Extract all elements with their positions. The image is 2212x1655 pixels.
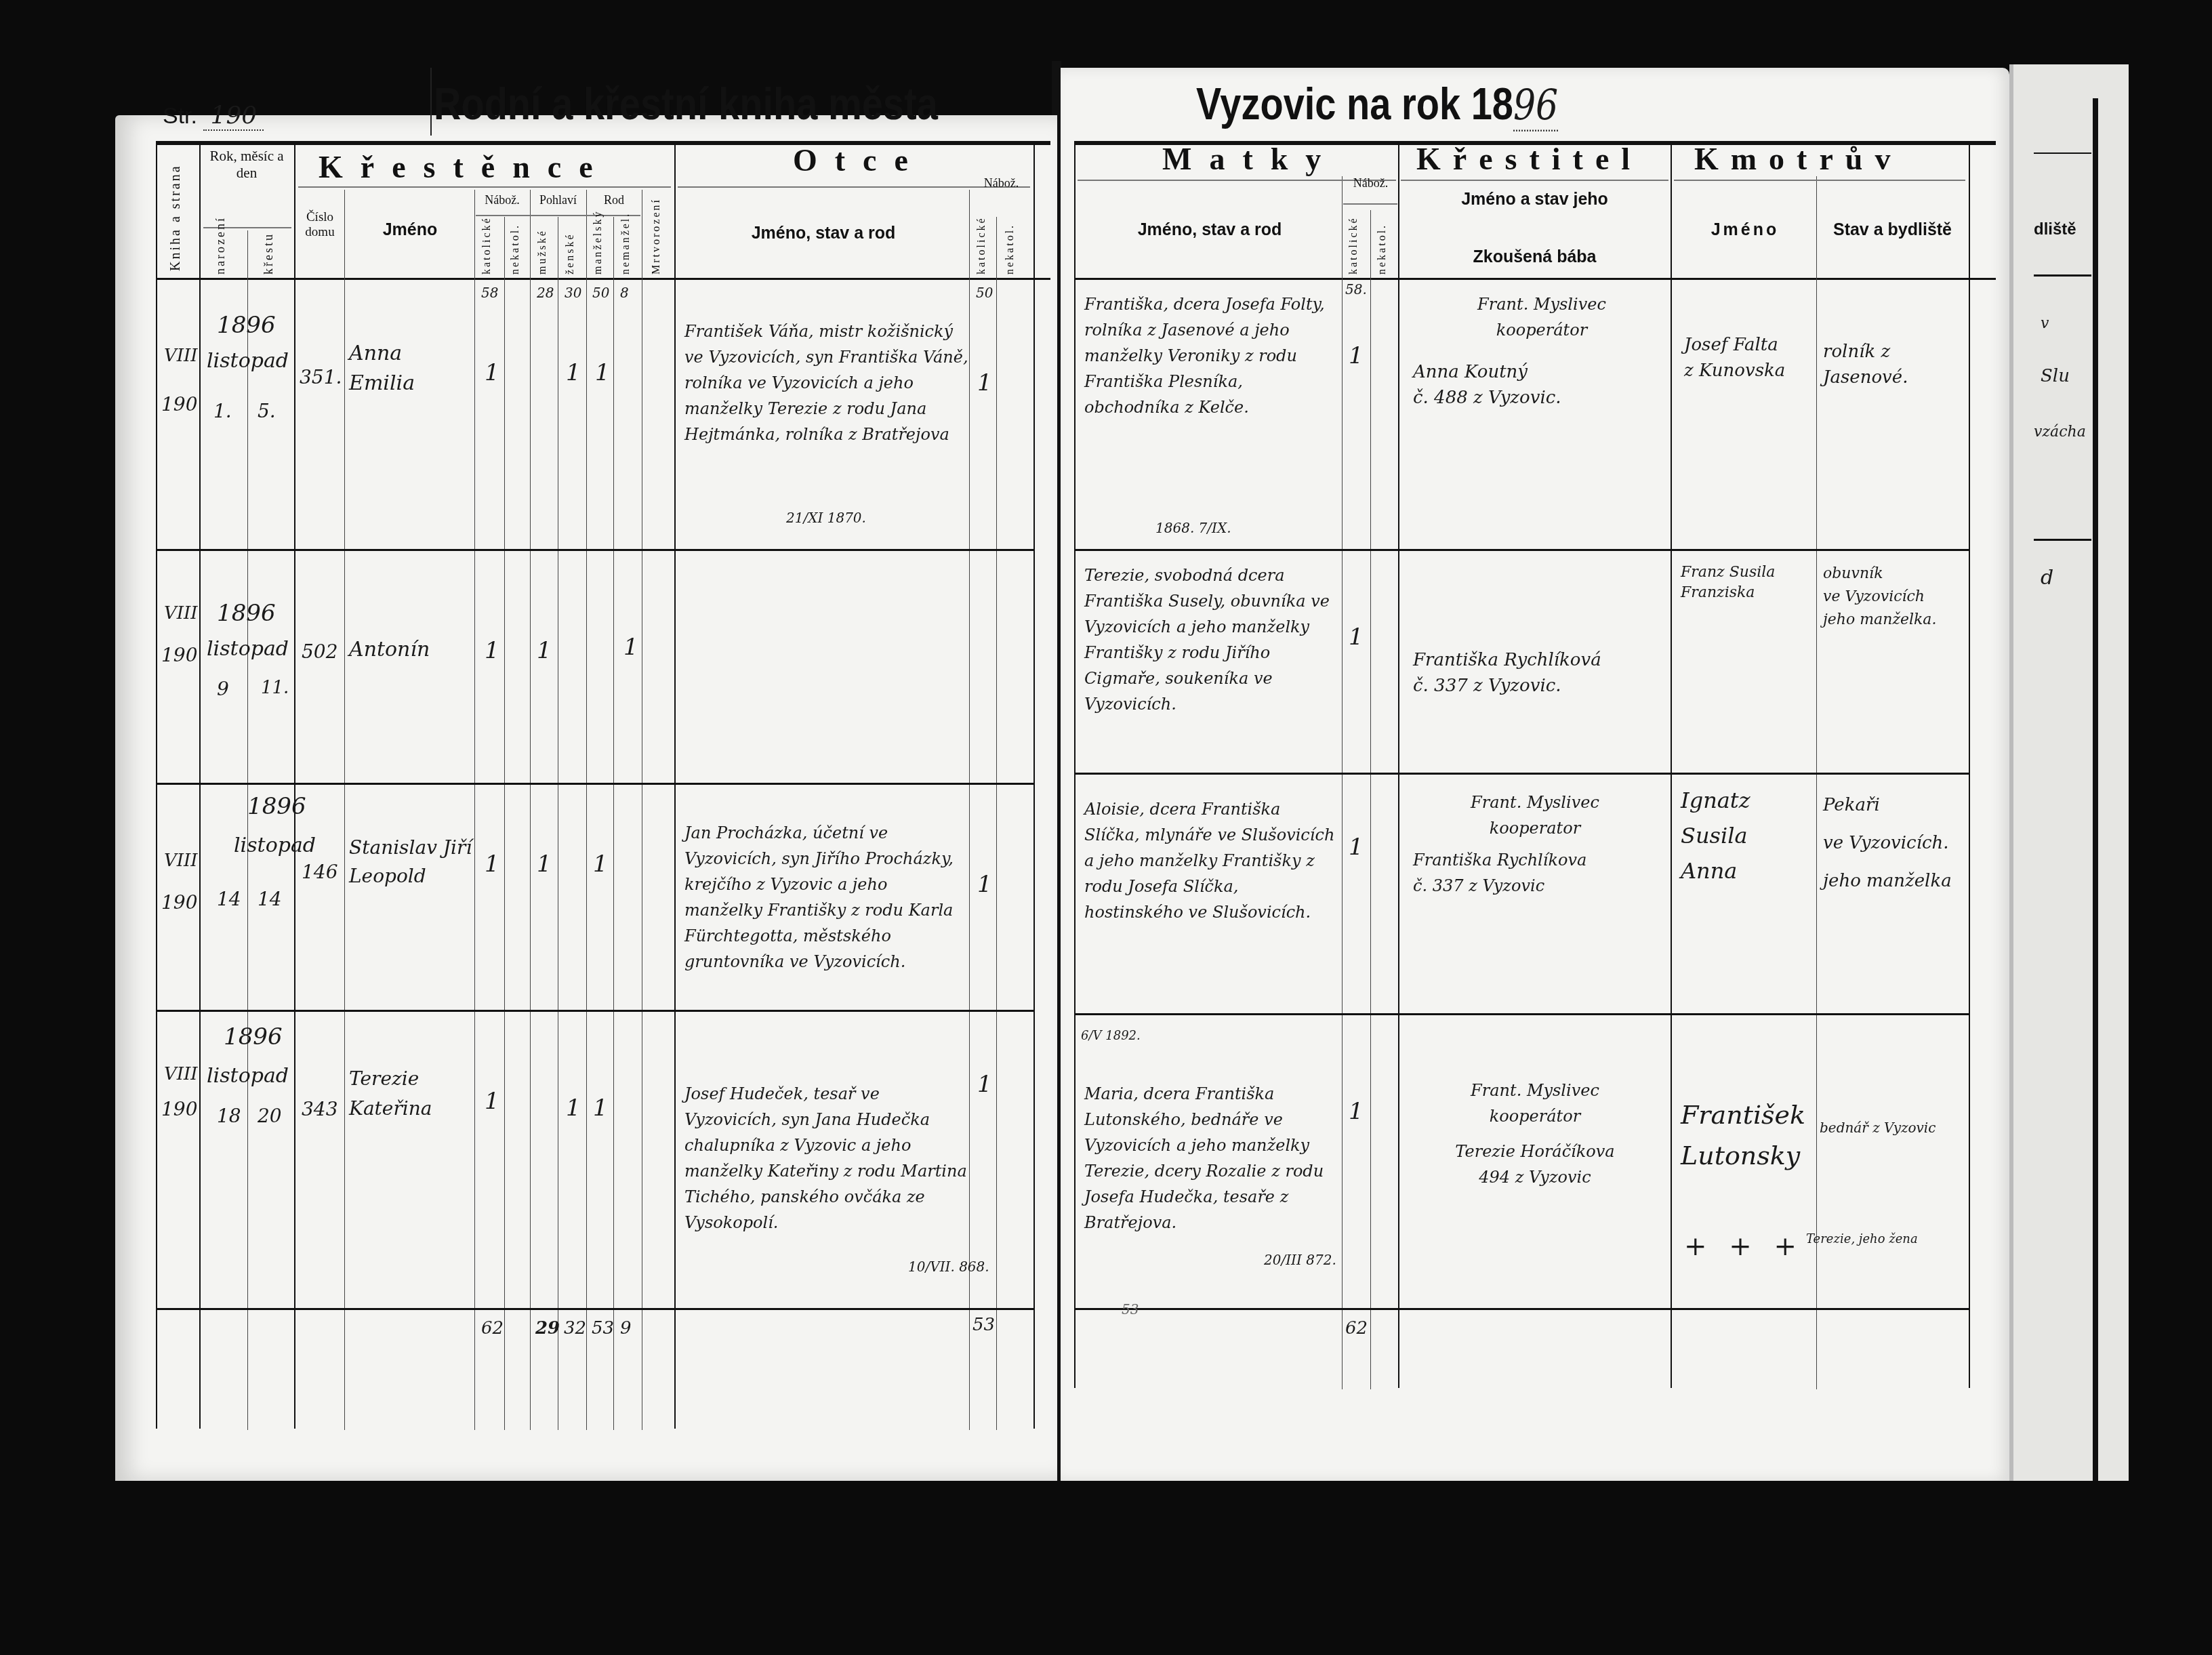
mother-info: Aloisie, dcera Františka Slíčka, mlynáře…: [1084, 796, 1338, 925]
handwritten-value: 1: [485, 359, 499, 386]
cross-marks: + + +: [1684, 1233, 1803, 1259]
col-cislo-domu: Číslo domu: [297, 210, 343, 240]
carry-muzske: 28: [537, 285, 554, 301]
handwritten-value: 6/V 1892.: [1081, 1023, 1141, 1049]
ruling-line: [2034, 274, 2091, 277]
handwritten-value: listopad: [207, 349, 289, 373]
col-matky-naboz: Nábož.: [1342, 176, 1399, 190]
handwritten-value: 14: [217, 888, 241, 910]
ruling-line: [996, 217, 997, 1430]
handwritten-value: 1896: [224, 1023, 283, 1050]
handwritten-value: Terezie, jeho žena: [1806, 1227, 1918, 1252]
ruling-line: [2034, 152, 2091, 154]
handwritten-value: 1868. 7/IX.: [1155, 515, 1231, 541]
handwritten-value: 9: [217, 678, 229, 700]
col-nemanzel: nemanžel.: [620, 220, 632, 274]
handwritten-value: 1: [485, 1088, 499, 1115]
carry-otce: 53: [1122, 1301, 1139, 1317]
handwritten-value: 1: [485, 851, 499, 878]
page-number-label: Str. 190: [163, 102, 264, 129]
ruling-line: [1343, 203, 1397, 205]
ruling-line: [613, 217, 614, 1430]
handwritten-value: 1: [593, 1095, 608, 1122]
handwritten-value: dliště: [2034, 220, 2076, 239]
baptizer: Frant. Myslivec kooperátor: [1420, 291, 1664, 343]
handwritten-value: 1: [1349, 834, 1364, 861]
ruling-line: [1074, 1308, 1969, 1310]
col-muzske: mužské: [537, 220, 549, 274]
handwritten-value: Terezie Kateřina: [349, 1064, 471, 1124]
godparent-name: František Lutonsky: [1681, 1095, 1816, 1176]
handwritten-value: listopad: [207, 637, 289, 661]
handwritten-value: 21/XI 1870.: [786, 505, 866, 531]
ruling-line: [1398, 141, 1399, 1388]
col-matky-jmeno: Jméno, stav a rod: [1078, 220, 1342, 240]
godparent-status: Pekaři ve Vyzovicích. jeho manželka: [1823, 786, 1965, 900]
col-otce-katolicke: katolické: [976, 220, 988, 274]
handwritten-value: 190: [161, 891, 197, 914]
section-otce: Otce: [793, 142, 926, 178]
godparent-name: Ignatz Susila Anna: [1681, 783, 1813, 888]
carry-zenske: 30: [565, 285, 581, 301]
handwritten-value: 190: [161, 644, 197, 666]
col-mrtvorozeni: Mrtvorození: [651, 183, 663, 274]
carry-katolicke: 58: [481, 285, 498, 301]
handwritten-value: 20: [258, 1105, 282, 1127]
carry-otce-katolicke: 50: [976, 285, 993, 301]
handwritten-value: 9: [620, 1318, 632, 1339]
handwritten-value: 1: [977, 871, 992, 898]
handwritten-value: v: [2041, 315, 2049, 332]
handwritten-value: 1: [537, 637, 552, 664]
godparent-status: rolník z Jasenové.: [1823, 339, 1965, 390]
page-number: 190: [203, 102, 264, 131]
godparent-name: Josef Falta z Kunovska: [1684, 332, 1813, 384]
handwritten-value: 1896: [217, 312, 276, 339]
ruling-line: [156, 783, 1033, 785]
baptizer: Frant. Myslivec kooperator: [1413, 790, 1657, 841]
handwritten-value: Anna Emilia: [349, 339, 471, 399]
handwritten-value: 1: [977, 369, 992, 396]
ruling-line: [586, 190, 587, 1430]
col-matky-nekatol: nekatol.: [1376, 210, 1389, 274]
section-matky: Matky: [1162, 141, 1338, 177]
ruling-line: [642, 190, 642, 1430]
col-jmeno: Jméno: [346, 220, 474, 240]
col-matky-katolicke: katolické: [1348, 210, 1360, 274]
ruling-line: [1074, 141, 1076, 1388]
handwritten-value: 14: [258, 888, 282, 910]
section-kmotru: Kmotrův: [1694, 141, 1902, 177]
ruling-line: [156, 549, 1033, 551]
total-matky-katolicke: 62: [1345, 1318, 1368, 1339]
right-page-title: Vyzovic na rok 1896: [1196, 77, 1558, 130]
header-bottom-border: [1074, 278, 1996, 280]
section-krestence: Křestěnce: [319, 149, 611, 185]
col-kmotr-jmeno: Jméno: [1674, 220, 1816, 240]
header-bottom-border: [156, 278, 1050, 280]
handwritten-value: VIII: [164, 851, 198, 871]
handwritten-value: Stanislav Jiří Leopold: [349, 834, 478, 891]
handwritten-value: 1: [1349, 624, 1364, 651]
handwritten-value: 18: [217, 1105, 241, 1127]
handwritten-value: 1.: [213, 400, 232, 422]
handwritten-value: 1: [537, 851, 552, 878]
handwritten-value: 5.: [258, 400, 276, 422]
handwritten-value: 343: [302, 1098, 337, 1120]
ruling-line: [294, 141, 295, 1429]
ruling-line: [1074, 773, 1969, 775]
col-kmotr-stav: Stav a bydliště: [1816, 220, 1969, 240]
handwritten-value: 1: [566, 359, 581, 386]
handwritten-value: 32: [564, 1318, 586, 1339]
handwritten-value: Str.: [163, 103, 197, 129]
mother-info: Františka, dcera Josefa Folty, rolníka z…: [1084, 291, 1338, 420]
section-krestitel: Křestitel: [1416, 141, 1642, 177]
col-krestitel-jmeno: Jméno a stav jeho: [1401, 190, 1668, 209]
ruling-line: [1674, 180, 1965, 181]
ruling-line: [1074, 1013, 1969, 1015]
ruling-line: [674, 141, 676, 1429]
ruling-line: [1969, 141, 1970, 1388]
col-pohlavi: Pohlaví: [530, 193, 586, 207]
col-rod: Rod: [586, 193, 642, 207]
col-kniha-strana: Kniha a strana: [168, 163, 184, 271]
handwritten-value: VIII: [164, 603, 198, 624]
ruling-line: [969, 190, 970, 1430]
left-page-title: Rodní a křestní kniha města: [434, 77, 938, 130]
handwritten-value: 1: [593, 851, 608, 878]
handwritten-value: 190: [161, 393, 197, 415]
handwritten-value: 1896: [247, 793, 306, 820]
ruling-line: [558, 217, 558, 1430]
father-info: Josef Hudeček, tesař ve Vyzovicích, syn …: [684, 1081, 969, 1235]
ruling-line: [504, 217, 505, 1430]
handwritten-value: 53: [972, 1315, 995, 1335]
carry-nemanzel: 8: [620, 285, 629, 301]
col-narozeni: narození: [213, 237, 228, 274]
next-page-edge: dliště v Slu vzácha d: [2009, 64, 2129, 1481]
handwritten-value: vzácha: [2034, 424, 2086, 441]
handwritten-value: 1: [1349, 1098, 1364, 1125]
left-page: Str. 190 Rodní a křestní kniha města Kni…: [115, 115, 1057, 1481]
col-naboz: Nábož.: [474, 193, 530, 207]
handwritten-value: 10/VII. 868.: [908, 1254, 989, 1280]
handwritten-value: 1: [595, 359, 610, 386]
ruling-line: [1401, 180, 1668, 181]
midwife: Anna Koutný č. 488 z Vyzovic.: [1413, 359, 1664, 411]
col-otce-naboz: Nábož.: [969, 176, 1033, 190]
handwritten-value: 1: [566, 1095, 581, 1122]
ruling-line: [1816, 176, 1817, 1389]
carry-matky-katolicke: 58.: [1345, 281, 1367, 298]
ruling-line: [298, 186, 671, 188]
godparent-status: bednář z Vyzovic: [1820, 1115, 1969, 1141]
mother-info: Terezie, svobodná dcera Františka Susely…: [1084, 563, 1338, 717]
handwritten-value: 1: [1349, 342, 1364, 369]
title-divider: [430, 68, 432, 136]
col-otce-jmeno: Jméno, stav a rod: [678, 224, 969, 243]
handwritten-value: listopad: [234, 834, 316, 857]
ruling-line: [247, 230, 248, 1430]
handwritten-value: 11.: [261, 678, 289, 698]
father-info: Jan Procházka, účetní ve Vyzovicích, syn…: [684, 820, 969, 975]
handwritten-value: 1: [977, 1071, 992, 1098]
ruling-line: [344, 190, 345, 1430]
ruling-line: [1033, 141, 1035, 1429]
handwritten-value: 190: [161, 1098, 197, 1120]
handwritten-value: 146: [302, 861, 337, 883]
ruling-line: [199, 141, 201, 1429]
ruling-line: [530, 190, 531, 1430]
mother-info: Maria, dcera Františka Lutonského, bedná…: [1084, 1081, 1338, 1235]
handwritten-value: 1: [485, 637, 499, 664]
handwritten-value: 20/III 872.: [1264, 1247, 1336, 1273]
handwritten-value: VIII: [164, 346, 198, 366]
midwife: Terezie Horáčíkova 494 z Vyzovic: [1413, 1139, 1657, 1190]
ruling-line: [2034, 539, 2091, 541]
ruling-line: [1370, 210, 1371, 1389]
godparent-status: obuvník ve Vyzovicích jeho manželka.: [1823, 563, 1965, 632]
col-manzelsky: manželský: [592, 220, 605, 274]
ruling-line: [1342, 176, 1343, 1389]
col-zkousena-baba: Zkoušená bába: [1401, 247, 1668, 267]
ruling-line: [156, 141, 157, 1429]
handwritten-value: 62: [481, 1318, 504, 1339]
ruling-line: [474, 190, 475, 1430]
carry-manzelsky: 50: [592, 285, 609, 301]
handwritten-value: Antonín: [349, 637, 471, 663]
handwritten-value: Slu: [2041, 366, 2070, 386]
midwife: Františka Rychlíková č. 337 z Vyzovic.: [1413, 647, 1664, 699]
col-katolicke: katolické: [481, 220, 493, 274]
ruling-line: [1074, 549, 1969, 551]
midwife: Františka Rychlíkova č. 337 z Vyzovic: [1413, 847, 1664, 899]
handwritten-value: d: [2041, 566, 2053, 590]
handwritten-value: VIII: [164, 1064, 198, 1084]
year-handwritten: 96: [1513, 81, 1558, 131]
col-nekatol: nekatol.: [510, 220, 522, 274]
handwritten-value: 502: [302, 640, 337, 663]
handwritten-value: Vyzovic na rok 18: [1196, 78, 1513, 129]
baptizer: Frant. Myslivec kooperátor: [1413, 1078, 1657, 1129]
ruling-line: [156, 1010, 1033, 1012]
right-page: Vyzovic na rok 1896 Matky Jméno, stav a …: [1061, 68, 2009, 1481]
godparent-name: Franz Susila Franziska: [1681, 563, 1813, 603]
father-info: František Váňa, mistr kožišnický ve Vyzo…: [684, 319, 969, 447]
col-zenske: ženské: [565, 220, 577, 274]
col-otce-nekatol: nekatol.: [1004, 220, 1017, 274]
handwritten-value: 1: [623, 634, 638, 661]
handwritten-value: 53: [592, 1318, 614, 1339]
col-rok-mesic-den: Rok, měsíc a den: [199, 148, 294, 182]
ruling-line: [1671, 141, 1672, 1388]
ruling-line: [476, 215, 640, 216]
handwritten-value: 29: [535, 1318, 560, 1339]
col-krestu: křestu: [262, 237, 276, 274]
handwritten-value: 1896: [217, 600, 276, 627]
handwritten-value: 351.: [300, 366, 342, 388]
ruling-line: [156, 1308, 1033, 1310]
handwritten-value: listopad: [207, 1064, 289, 1088]
